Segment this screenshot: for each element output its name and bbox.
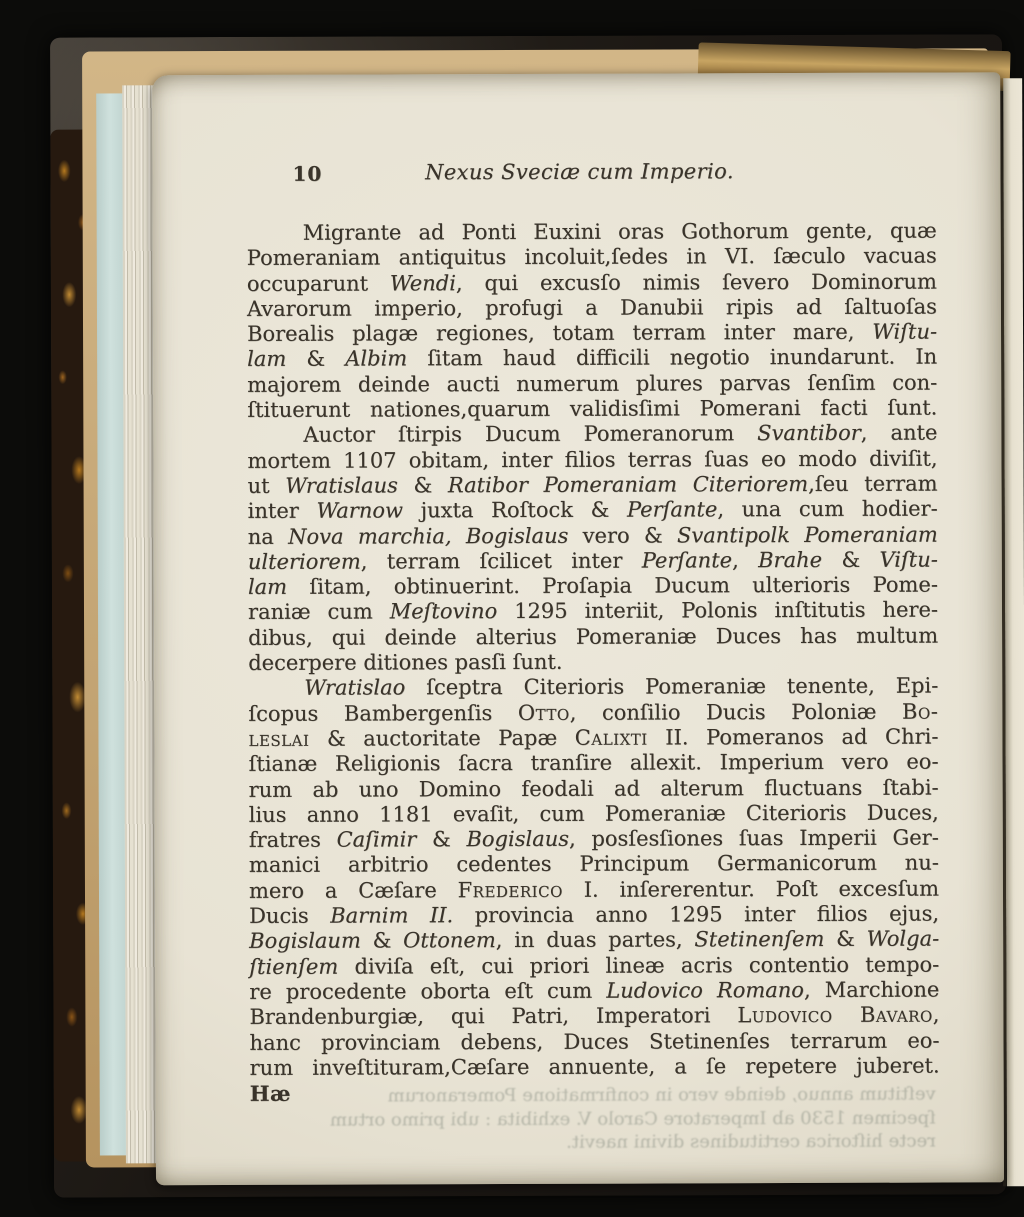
- catchword: Hæ: [250, 1079, 940, 1107]
- text-block: Migrante ad Ponti Euxini oras Gothorum g…: [247, 219, 940, 1107]
- text-line: hanc provinciam debens, Duces Stetinenſe…: [249, 1028, 939, 1056]
- text-line: ſcopus Bambergenſis Otto, conſilio Ducis…: [248, 699, 938, 727]
- body-text: Migrante ad Ponti Euxini oras Gothorum g…: [247, 219, 940, 1081]
- text-line: ut Wratislaus & Ratibor Pomeraniam Citer…: [248, 471, 938, 499]
- running-header: Nexus Sveciæ cum Imperio.: [234, 159, 924, 185]
- text-line: ſtienſem diviſa eſt, cui priori lineæ ac…: [249, 952, 939, 980]
- text-line: Borealis plagæ regiones, totam terram in…: [247, 320, 937, 348]
- text-line: rum ab uno Domino feodali ad alterum flu…: [249, 775, 939, 803]
- text-line: lam ſitam, obtinuerint. Proſapia Ducum u…: [248, 573, 938, 601]
- text-line: mortem 1107 obitam, inter filios terras …: [247, 446, 937, 474]
- text-line: mero a Cæſare Frederico I. inſererentur.…: [249, 876, 939, 904]
- text-line: majorem deinde aucti numerum plures parv…: [247, 370, 937, 398]
- text-line: Avarorum imperio, profugi a Danubii ripi…: [247, 294, 937, 322]
- text-line: Ducis Barnim II. provincia anno 1295 int…: [249, 902, 939, 930]
- page-header: 10 Nexus Sveciæ cum Imperio.: [246, 159, 936, 187]
- bleedthrough-line: recte hiſtorica certitudines divini naev…: [226, 1130, 936, 1156]
- text-line: Migrante ad Ponti Euxini oras Gothorum g…: [247, 219, 937, 247]
- text-line: na Nova marchia, Bogislaus vero & Svanti…: [248, 522, 938, 550]
- text-line: raniæ cum Meſtovino 1295 interiit, Polon…: [248, 598, 938, 626]
- text-line: Auctor ſtirpis Ducum Pomeranorum Svantib…: [247, 421, 937, 449]
- text-line: Bogislaum & Ottonem, in duas partes, Ste…: [249, 927, 939, 955]
- text-line: decerpere ditiones pasſi ſunt.: [248, 649, 938, 677]
- text-line: fratres Caſimir & Bogislaus, posſesſione…: [249, 826, 939, 854]
- book: veſtitum annuo, deinde vero in confirmat…: [0, 0, 1024, 1217]
- text-line: ulteriorem, terram ſcilicet inter Perſan…: [248, 547, 938, 575]
- text-line: dibus, qui deinde alterius Pomeraniæ Duc…: [248, 623, 938, 651]
- text-line: Brandenburgiæ, qui Patri, Imperatori Lud…: [249, 1003, 939, 1031]
- text-line: ſtianæ Religionis ſacra tranſire allexit…: [248, 750, 938, 778]
- text-line: Pomeraniam antiquitus incoluit,ſedes in …: [247, 244, 937, 272]
- text-line: lius anno 1181 evaſit, cum Pomeraniæ Cit…: [249, 800, 939, 828]
- text-line: inter Warnow juxta Roſtock & Perſante, u…: [248, 497, 938, 525]
- text-line: Wratislao ſceptra Citerioris Pomeraniæ t…: [248, 674, 938, 702]
- text-line: ſtituerunt nationes,quarum validisſimi P…: [247, 396, 937, 424]
- bleedthrough-line: ſpecimen 1530 ab Imperatore Carolo V. ex…: [226, 1106, 936, 1132]
- book-page: veſtitum annuo, deinde vero in confirmat…: [152, 72, 1004, 1185]
- text-line: lam & Albim ſitam haud difficili negotio…: [247, 345, 937, 373]
- photo-background: veſtitum annuo, deinde vero in confirmat…: [0, 0, 1024, 1217]
- text-line: occuparunt Wendi, qui excusſo nimis ſeve…: [247, 269, 937, 297]
- text-line: manici arbitrio cedentes Principum Germa…: [249, 851, 939, 879]
- text-line: leslai & auctoritate Papæ Calixti II. Po…: [248, 724, 938, 752]
- text-line: re procedente oborta eſt cum Ludovico Ro…: [249, 977, 939, 1005]
- text-line: rum inveſtituram,Cæſare annuente, a ſe r…: [250, 1053, 940, 1081]
